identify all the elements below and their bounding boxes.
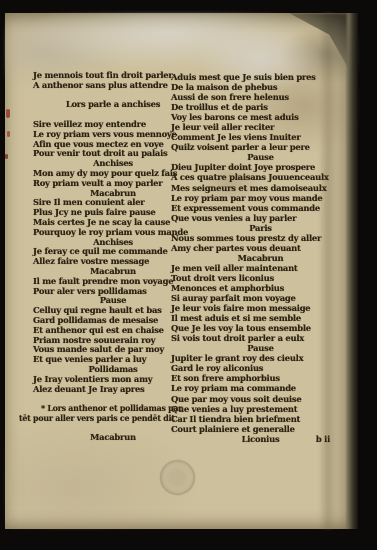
verse-line: Aduis mest que Je suis bien pres bbox=[171, 72, 350, 82]
text-column-left: Je mennois tout fin droit parlerA anthen… bbox=[33, 71, 193, 443]
verse-line: Aussi de son frere helenus bbox=[171, 92, 350, 102]
blank-line bbox=[33, 394, 193, 404]
verse-line: A ces quatre plaisans Jouuenceaulx bbox=[171, 172, 350, 182]
verse-line: Nous sommes tous prestz dy aller bbox=[171, 233, 350, 243]
speaker-heading: Macabrun bbox=[171, 253, 350, 263]
verse-line: De la maison de phebus bbox=[171, 82, 350, 92]
verse-line: Le roy priam ma commande bbox=[171, 383, 350, 393]
verse-line: Dieu Jupiter doint Joye prospere bbox=[171, 162, 350, 172]
verse-line: Quilz voisent parler a leur pere bbox=[171, 142, 350, 152]
verse-line: Voy les barons ce mest aduis bbox=[171, 112, 350, 122]
verse-line: Comment Je les viens Inuiter bbox=[171, 132, 350, 142]
verse-line: Je leur vois faire mon messaige bbox=[171, 303, 350, 313]
verse-line: Et son frere amphorbius bbox=[171, 373, 350, 383]
book-page: Je mennois tout fin droit parlerA anthen… bbox=[5, 13, 358, 529]
verse-line: Tout droit vers liconius bbox=[171, 273, 350, 283]
ink-speck bbox=[7, 131, 10, 137]
catchword: Liconius bbox=[242, 434, 280, 444]
verse-line: Gard le roy aliconius bbox=[171, 363, 350, 373]
verse-line: Menonces et amphorbius bbox=[171, 283, 350, 293]
verse-line: Que par moy vous soit deuise bbox=[171, 394, 350, 404]
verse-line: Que venies a luy prestement bbox=[171, 404, 350, 414]
signature-mark: b ii bbox=[316, 434, 330, 444]
verse-line: Amy cher partes vous deuant bbox=[171, 243, 350, 253]
text-column-right: Aduis mest que Je suis bien presDe la ma… bbox=[171, 72, 350, 444]
verse-line: A anthenor sans plus attendre bbox=[33, 81, 193, 91]
speaker-heading: Macabrun bbox=[33, 433, 193, 443]
ink-speck bbox=[5, 154, 8, 159]
verse-line: Il mest aduis et si me semble bbox=[171, 313, 350, 323]
verse-line: Si auray parfait mon voyage bbox=[171, 293, 350, 303]
speaker-heading: Lors parle a anchises bbox=[33, 100, 193, 110]
scanned-book-photo: Je mennois tout fin droit parlerA anthen… bbox=[0, 0, 377, 550]
verse-line: Je men veil aller maintenant bbox=[171, 263, 350, 273]
verse-line: Je leur veil aller reciter bbox=[171, 122, 350, 132]
verse-line: Le roy priam par moy vous mande bbox=[171, 193, 350, 203]
speaker-heading: Pause bbox=[171, 343, 350, 353]
verse-line: Jupiter le grant roy des cieulx bbox=[171, 353, 350, 363]
library-stamp bbox=[160, 460, 195, 495]
speaker-heading: Pause bbox=[171, 152, 350, 162]
verse-line: Mes seigneurs et mes damoiseaulx bbox=[171, 183, 350, 193]
verse-line: Car Il tiendra bien briefment bbox=[171, 414, 350, 424]
verse-line: Court plainiere et generalle bbox=[171, 424, 350, 434]
verse-line: Et expressement vous commande bbox=[171, 203, 350, 213]
verse-line: Que Je les voy la tous ensemble bbox=[171, 323, 350, 333]
ink-speck bbox=[6, 109, 10, 118]
stage-direction: tēt pour aller vers paris ce pendēt dit bbox=[19, 414, 193, 424]
verse-line: De troillus et de paris bbox=[171, 102, 350, 112]
verse-line: Si vois tout droit parler a eulx bbox=[171, 333, 350, 343]
verse-line: Alez deuant Je Iray apres bbox=[33, 385, 193, 395]
footer-line: Liconiusb ii bbox=[171, 434, 350, 444]
speaker-heading: Paris bbox=[171, 223, 350, 233]
verse-line: Que vous venies a luy parler bbox=[171, 213, 350, 223]
